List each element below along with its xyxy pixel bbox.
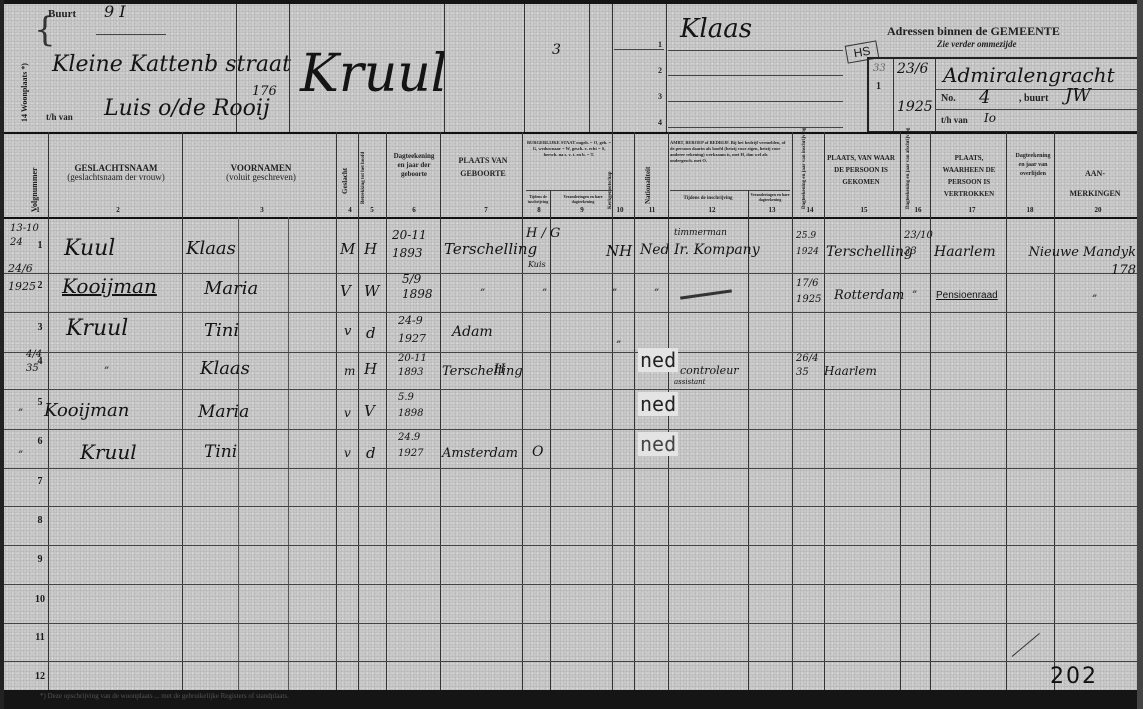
occupation-top: timmerman — [674, 228, 727, 238]
line-number: 4 — [658, 118, 662, 127]
relation: V — [364, 402, 375, 420]
origin-place: Terschelling — [826, 244, 913, 260]
col-header-geslachtsnaam: GESLACHTSNAAM(geslachtsnaam der vrouw) — [50, 164, 182, 182]
origin-place: Rotterdam — [834, 288, 904, 303]
surname: Kooijman — [44, 400, 129, 421]
col-header-herkomst: PLAATS, VAN WAAR DE PERSOON IS GEKOMEN — [826, 152, 896, 188]
surname: Kooijman — [62, 274, 157, 298]
col-number: 7 — [478, 206, 494, 214]
firstname: Tini — [204, 320, 239, 341]
col-number: 9 — [574, 206, 590, 214]
surname: ” — [104, 366, 109, 377]
date-of-birth: 20-11 1893 — [392, 226, 438, 262]
destination-place: Haarlem — [934, 244, 996, 260]
row-number: 9 — [32, 554, 48, 565]
col-number: 12 — [704, 206, 720, 214]
civil-status: ” — [542, 288, 547, 299]
firstname: Maria — [204, 278, 258, 299]
nationality-stamp: ned — [638, 432, 678, 456]
buurt-value: 9 I — [104, 2, 126, 21]
col-header-civil-change: Veranderingen en hare dagteekening — [554, 194, 612, 204]
divider — [236, 4, 237, 132]
place-of-birth: Amsterdam — [442, 446, 518, 461]
registration-date: 17/6 1925 — [796, 276, 826, 308]
header-divider — [4, 132, 1137, 134]
col-header-civil-current: Tijdens de inschrijving — [526, 194, 550, 204]
row-number: 10 — [32, 594, 48, 605]
col-header-beroep-current: Tijdens de inschrijving — [670, 194, 746, 203]
row-number: 11 — [32, 632, 48, 643]
col-number: 11 — [644, 206, 660, 214]
date-of-birth: 24.9 1927 — [398, 430, 438, 462]
line-number: 2 — [658, 66, 662, 75]
register-card: 14 Woonplaats *) { Buurt 9 I Kleine Katt… — [4, 4, 1137, 690]
row-number: 7 — [32, 476, 48, 487]
line-1-value: Klaas — [680, 14, 752, 44]
remarks: ” — [1092, 294, 1097, 305]
relation: H — [364, 240, 377, 258]
col-header-nationaliteit: Nationaliteit — [644, 167, 652, 204]
address-index-top: 33 — [873, 63, 886, 74]
church: ” — [612, 288, 617, 299]
struck-occupation — [680, 289, 732, 299]
col-number: 3 — [254, 206, 270, 214]
date-of-birth: 20-11 1893 — [398, 352, 438, 380]
address-street: Admiralengracht — [943, 63, 1115, 87]
col-number: 14 — [802, 206, 818, 214]
church: ” — [616, 340, 621, 351]
origin-place: Haarlem — [824, 364, 877, 378]
divider — [589, 4, 590, 132]
place-of-birth: Adam — [452, 324, 493, 340]
relation: H — [364, 360, 377, 378]
date-of-birth: 5.9 1898 — [398, 390, 438, 422]
col-header-bestemming: PLAATS, WAARHEEN DE PERSOON IS VERTROKKE… — [934, 152, 1004, 200]
surname: Kruul — [66, 316, 128, 341]
surname: Kuul — [64, 236, 115, 261]
civil-status: H — [494, 362, 505, 377]
place-of-birth: ” — [480, 288, 485, 299]
col-header-geboorteplaats: PLAATS VAN GEBOORTE — [444, 154, 522, 180]
nationality-stamp: ned — [638, 348, 678, 372]
col-header-betrekking: Betrekking tot het hoofd — [361, 144, 366, 204]
divider — [612, 4, 613, 132]
civil-status: H / G — [526, 226, 560, 241]
address-no-value: 4 — [979, 87, 990, 108]
relation: W — [364, 282, 379, 300]
civil-status-change: Kuis — [528, 260, 546, 269]
col-header-afschrijving: Dagteekening en jaar van afschrijving — [906, 128, 911, 209]
departure-date: ” — [912, 290, 917, 301]
col-number: 15 — [856, 206, 872, 214]
col-number: 4 — [342, 206, 358, 214]
occupation: Ir. Kompany — [674, 242, 760, 258]
sex: M — [340, 240, 355, 258]
woonplaats-side-label: 14 Woonplaats *) — [20, 63, 29, 122]
col-number: 6 — [406, 206, 422, 214]
col-number: 20 — [1090, 206, 1106, 214]
sex: V — [340, 282, 351, 300]
divider — [666, 4, 667, 132]
address-index: 1 — [876, 81, 881, 92]
date-of-birth: 5/9 1898 — [402, 272, 442, 302]
civil-status: O — [532, 444, 543, 460]
addresses-title: Adressen binnen de GEMEENTE — [887, 24, 1060, 39]
occupation-sub: assistant — [674, 378, 706, 386]
buurt-underline — [96, 34, 166, 35]
firstname: Maria — [198, 402, 249, 422]
col-number: 17 — [964, 206, 980, 214]
nationality: ” — [654, 288, 659, 299]
col-number: 5 — [364, 206, 380, 214]
th-van-value: Luis o/de Rooij — [104, 96, 270, 121]
place-of-birth: Terschelling — [444, 240, 537, 258]
left-edge — [0, 0, 4, 709]
mark-3: 3 — [552, 42, 561, 58]
surname: Kruul — [80, 440, 137, 464]
divider — [289, 4, 290, 132]
top-edge — [0, 0, 1143, 4]
address-date-bottom: 1925 — [897, 99, 933, 115]
col-number: 10 — [612, 206, 628, 214]
row-number: 6 — [32, 436, 48, 447]
address-buurt-label: , buurt — [1019, 93, 1048, 104]
col-header-geboortedatum: Dagteekening en jaar der geboorte — [390, 152, 438, 179]
relation: d — [366, 444, 376, 462]
footer-strip: *) Deze opschrijving van de woonplaats .… — [0, 690, 1143, 709]
line-number: 3 — [658, 92, 662, 101]
col-header-beroep-change: Veranderingen en hare dagteekening — [750, 192, 790, 202]
firstname: Klaas — [186, 238, 236, 259]
address-no-label: No. — [941, 93, 956, 104]
firstname: Klaas — [200, 358, 250, 379]
line-number: 1 — [658, 40, 662, 49]
col-header-geslacht: Geslacht — [341, 168, 349, 194]
col-header-burgerlijke-staat: BURGERLIJKE STAAT ongeh. = O, geh. = G, … — [526, 140, 612, 158]
address-buurt-value: JW — [1065, 85, 1091, 106]
place-of-birth: Terschelling — [442, 364, 523, 379]
page-number: 202 — [1050, 664, 1098, 689]
occupation: controleur — [680, 364, 739, 377]
col-number: 2 — [110, 206, 126, 214]
col-number: 13 — [764, 206, 780, 214]
row-number: 3 — [32, 322, 48, 333]
nationality: Ned — [640, 242, 670, 258]
family-surname-large: Kruul — [300, 44, 447, 104]
registration-date: 25.9 1924 — [796, 228, 824, 260]
sex: v — [344, 324, 351, 339]
col-number: 8 — [531, 206, 547, 214]
address-th-van-label: t/h van — [941, 115, 968, 125]
destination-place: Pensioenraad — [936, 290, 998, 301]
registration-date: 26/4 35 — [796, 352, 822, 380]
right-edge — [1137, 0, 1143, 709]
sex: v — [344, 446, 351, 460]
nationality-stamp: ned — [638, 392, 678, 416]
address-entry-box: 33 1 23/6 1925 Admiralengracht No. 4 , b… — [867, 57, 1141, 133]
street-value: Kleine Kattenb straat — [52, 52, 291, 77]
signature-stroke — [1012, 633, 1040, 657]
address-date-top: 23/6 — [897, 61, 928, 77]
address-th-van-value: Io — [984, 111, 996, 125]
buurt-label: Buurt — [48, 8, 76, 20]
th-van-label: t/h van — [46, 112, 73, 122]
date-of-birth: 24-9 1927 — [398, 312, 438, 348]
col-header-voornamen: VOORNAMEN(voluit geschreven) — [186, 164, 336, 182]
sex: v — [344, 406, 351, 420]
firstname: Tini — [204, 442, 237, 462]
footer-note: *) Deze opschrijving van de woonplaats .… — [40, 692, 289, 700]
header-bottom-rule — [4, 217, 1137, 219]
relation: d — [366, 324, 376, 342]
addresses-subtitle: Zie verder ommezijde — [937, 39, 1016, 49]
col-number: 16 — [910, 206, 926, 214]
departure-date: 23/10 33 — [904, 228, 930, 260]
col-header-aanmerkingen: AAN-MERKINGEN — [1060, 164, 1130, 204]
col-header-overlijden: Dagteekening en jaar van overlijden — [1012, 152, 1054, 179]
col-number: 18 — [1022, 206, 1038, 214]
sex: m — [344, 364, 355, 378]
remarks: Nieuwe Mandyk 178 — [1020, 244, 1136, 280]
col-number: 1 — [30, 206, 46, 214]
divider — [524, 4, 525, 132]
col-header-beroep: AMBT, BEROEP of BEDRIJF. Bij het bedrijf… — [670, 140, 788, 164]
col-header-inschrijving: Dagteekening en jaar van inschrijving — [802, 128, 807, 209]
divider — [444, 4, 445, 132]
row-number: 12 — [32, 671, 48, 682]
church: NH — [606, 242, 632, 260]
row-number: 8 — [32, 515, 48, 526]
